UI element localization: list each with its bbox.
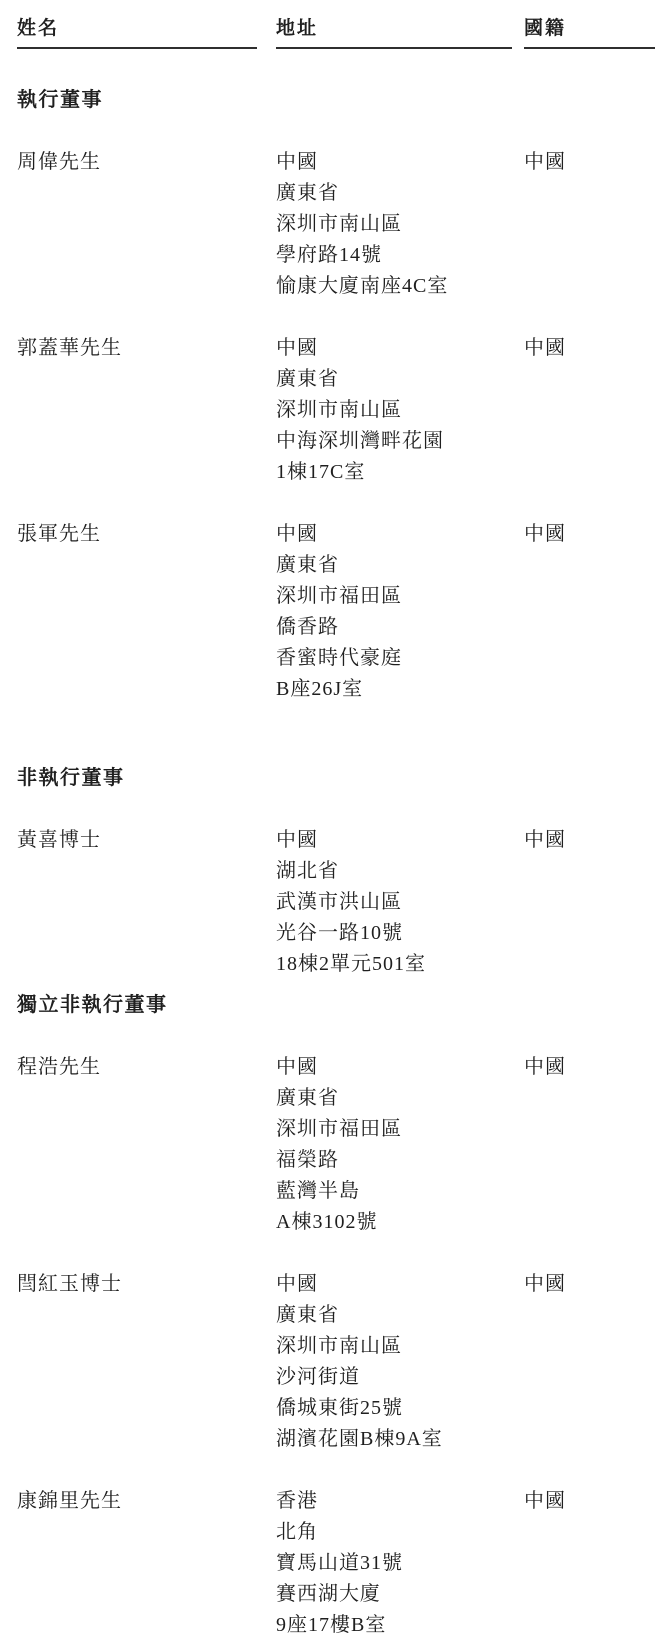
director-entry: 張軍先生 中國廣東省深圳市福田區僑香路香蜜時代豪庭B座26J室 中國 [17,519,655,705]
director-name: 閆紅玉博士 [17,1269,276,1455]
nationality-value: 中國 [524,519,655,705]
section-entries: 程浩先生 中國廣東省深圳市福田區福榮路藍灣半島A棟3102號 中國 閆紅玉博士 … [17,1052,655,1639]
directors-table-page: 姓名 地址 國籍 執行董事 周偉先生 中國廣東省深圳市南山區學府路14號愉康大廈… [0,0,660,1639]
nationality-value: 中國 [524,1486,655,1639]
director-address: 中國湖北省武漢市洪山區光谷一路10號18棟2單元501室 [276,825,524,980]
nationality-value: 中國 [524,333,655,488]
address-line: 賽西湖大廈 [276,1579,524,1610]
address-line: 中國 [276,519,524,550]
director-address: 香港北角寶馬山道31號賽西湖大廈9座17樓B室 [276,1486,524,1639]
director-name: 張軍先生 [17,519,276,705]
nationality-value: 中國 [524,1269,655,1455]
address-line: 僑城東街25號 [276,1393,524,1424]
director-entry: 周偉先生 中國廣東省深圳市南山區學府路14號愉康大廈南座4C室 中國 [17,147,655,302]
address-line: 中國 [276,1052,524,1083]
director-address: 中國廣東省深圳市南山區沙河街道僑城東街25號湖濱花園B棟9A室 [276,1269,524,1455]
column-header-name: 姓名 [17,13,257,49]
address-line: B座26J室 [276,674,524,705]
address-line: A棟3102號 [276,1207,524,1238]
column-header-nationality: 國籍 [524,13,655,49]
director-address: 中國廣東省深圳市福田區福榮路藍灣半島A棟3102號 [276,1052,524,1238]
director-name: 周偉先生 [17,147,276,302]
address-line: 香港 [276,1486,524,1517]
address-line: 深圳市福田區 [276,1114,524,1145]
nationality-value: 中國 [524,1052,655,1238]
address-line: 藍灣半島 [276,1176,524,1207]
address-line: 深圳市福田區 [276,581,524,612]
address-line: 福榮路 [276,1145,524,1176]
director-sections: 執行董事 周偉先生 中國廣東省深圳市南山區學府路14號愉康大廈南座4C室 中國 … [17,85,655,1639]
director-name: 郭蓋華先生 [17,333,276,488]
address-line: 中國 [276,825,524,856]
director-address: 中國廣東省深圳市南山區學府路14號愉康大廈南座4C室 [276,147,524,302]
address-line: 廣東省 [276,178,524,209]
address-line: 沙河街道 [276,1362,524,1393]
address-line: 湖濱花園B棟9A室 [276,1424,524,1455]
address-line: 深圳市南山區 [276,1331,524,1362]
director-entry: 康錦里先生 香港北角寶馬山道31號賽西湖大廈9座17樓B室 中國 [17,1486,655,1639]
address-line: 寶馬山道31號 [276,1548,524,1579]
address-line: 深圳市南山區 [276,395,524,426]
section-title: 獨立非執行董事 [17,990,655,1021]
address-line: 武漢市洪山區 [276,887,524,918]
address-line: 北角 [276,1517,524,1548]
address-line: 廣東省 [276,1083,524,1114]
director-name: 黃喜博士 [17,825,276,980]
director-address: 中國廣東省深圳市福田區僑香路香蜜時代豪庭B座26J室 [276,519,524,705]
address-line: 學府路14號 [276,240,524,271]
director-address: 中國廣東省深圳市南山區中海深圳灣畔花園1棟17C室 [276,333,524,488]
director-entry: 黃喜博士 中國湖北省武漢市洪山區光谷一路10號18棟2單元501室 中國 [17,825,655,980]
director-section: 執行董事 周偉先生 中國廣東省深圳市南山區學府路14號愉康大廈南座4C室 中國 … [17,85,655,705]
address-line: 1棟17C室 [276,457,524,488]
director-entry: 程浩先生 中國廣東省深圳市福田區福榮路藍灣半島A棟3102號 中國 [17,1052,655,1238]
director-section: 獨立非執行董事 程浩先生 中國廣東省深圳市福田區福榮路藍灣半島A棟3102號 中… [17,990,655,1639]
section-title: 非執行董事 [17,763,655,794]
address-line: 9座17樓B室 [276,1610,524,1639]
section-title: 執行董事 [17,85,655,116]
address-line: 中國 [276,147,524,178]
director-entry: 閆紅玉博士 中國廣東省深圳市南山區沙河街道僑城東街25號湖濱花園B棟9A室 中國 [17,1269,655,1455]
table-header-row: 姓名 地址 國籍 [17,13,655,49]
nationality-value: 中國 [524,825,655,980]
address-line: 香蜜時代豪庭 [276,643,524,674]
director-entry: 郭蓋華先生 中國廣東省深圳市南山區中海深圳灣畔花園1棟17C室 中國 [17,333,655,488]
director-section: 非執行董事 黃喜博士 中國湖北省武漢市洪山區光谷一路10號18棟2單元501室 … [17,763,655,980]
address-line: 愉康大廈南座4C室 [276,271,524,302]
address-line: 18棟2單元501室 [276,949,524,980]
address-line: 中國 [276,333,524,364]
address-line: 深圳市南山區 [276,209,524,240]
director-name: 程浩先生 [17,1052,276,1238]
address-line: 中國 [276,1269,524,1300]
column-header-address: 地址 [276,13,512,49]
address-line: 湖北省 [276,856,524,887]
director-name: 康錦里先生 [17,1486,276,1639]
address-line: 廣東省 [276,364,524,395]
address-line: 中海深圳灣畔花園 [276,426,524,457]
section-entries: 黃喜博士 中國湖北省武漢市洪山區光谷一路10號18棟2單元501室 中國 [17,825,655,980]
address-line: 光谷一路10號 [276,918,524,949]
address-line: 廣東省 [276,1300,524,1331]
section-entries: 周偉先生 中國廣東省深圳市南山區學府路14號愉康大廈南座4C室 中國 郭蓋華先生… [17,147,655,705]
nationality-value: 中國 [524,147,655,302]
address-line: 僑香路 [276,612,524,643]
address-line: 廣東省 [276,550,524,581]
